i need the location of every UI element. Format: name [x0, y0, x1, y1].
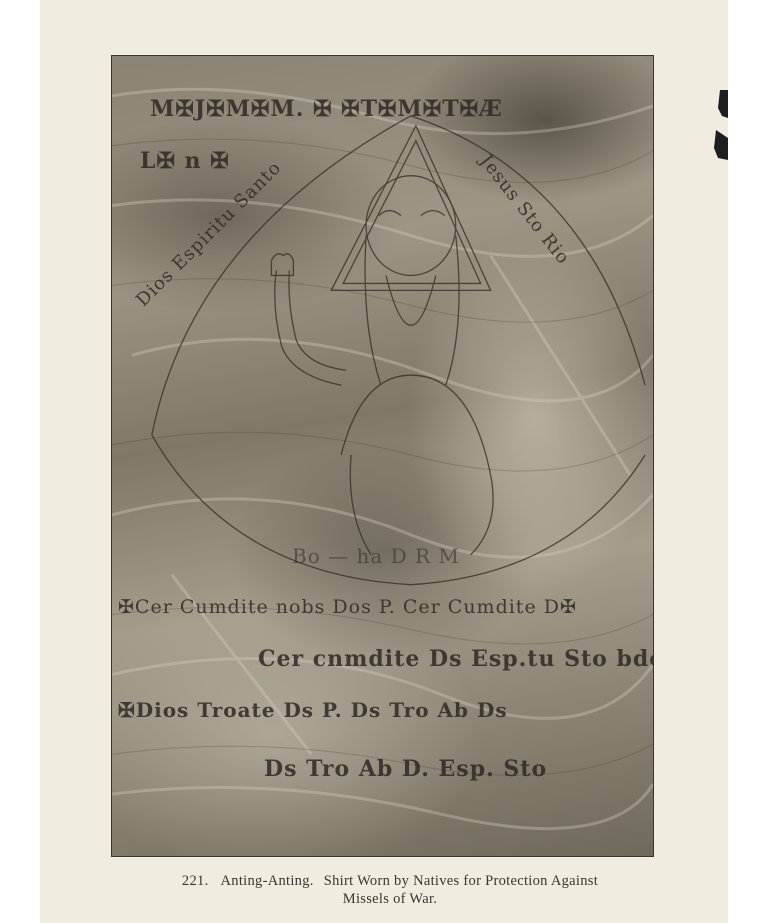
- photo-plate: M✠J✠M✠M. ✠ ✠T✠M✠T✠Æ L✠ n ✠ Dios Espiritu…: [111, 55, 654, 857]
- inscription-line-3: ✠Dios Troate Ds P. Ds Tro Ab Ds: [118, 698, 508, 722]
- page-edge-mark: [712, 90, 728, 160]
- caption-text-1: Shirt Worn by Natives for Protection Aga…: [324, 873, 598, 889]
- figure-number: 221.: [182, 873, 209, 889]
- inscription-line-1: ✠Cer Cumdite nobs Dos P. Cer Cumdite D✠: [118, 596, 577, 618]
- inscription-line-2: Cer cnmdite Ds Esp.tu Sto bdo: [258, 646, 654, 672]
- inscription-second-row: L✠ n ✠: [140, 148, 230, 174]
- inscription-line-4: Ds Tro Ab D. Esp. Sto: [264, 756, 547, 782]
- figure-caption: 221.Anting-Anting.Shirt Worn by Natives …: [100, 872, 680, 908]
- caption-text-2: Missels of War.: [100, 890, 680, 908]
- figure-title: Anting-Anting.: [221, 873, 314, 889]
- caption-line-1: 221.Anting-Anting.Shirt Worn by Natives …: [100, 872, 680, 890]
- inscription-top-row: M✠J✠M✠M. ✠ ✠T✠M✠T✠Æ: [150, 96, 503, 122]
- inscription-arc-bottom: Bo — ha D R M: [292, 544, 460, 568]
- shirt-drawing: [112, 56, 653, 856]
